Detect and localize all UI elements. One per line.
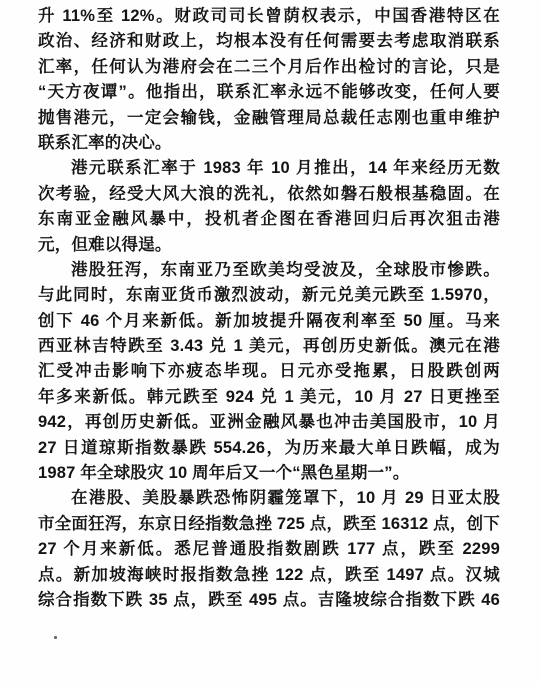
paragraph-2: 港元联系汇率于 1983 年 10 月推出，14 年来经历无数 次考验，经受大风… (38, 156, 500, 258)
text-line: 抛售港元，一定会输钱，金融管理局总裁任志刚也重申维护 (38, 106, 500, 131)
text-line: 942，再创历史新低。亚洲金融风暴也冲击美国股市，10 月 (38, 410, 500, 435)
book-page: 升 11%至 12%。财政司司长曾荫权表示，中国香港特区在 政治、经济和财政上，… (0, 0, 540, 686)
text-line: 27 个月来新低。悉尼普通股指数剧跌 177 点，跌至 2299 (38, 537, 500, 562)
paragraph-4: 在港股、美股暴跌恐怖阴霾笼罩下，10 月 29 日亚太股 市全面狂泻，东京日经指… (38, 486, 500, 613)
text-line: 汇率，任何认为港府会在二三个月后作出检讨的言论，只是 (38, 55, 500, 80)
text-line: 汇受冲击影响下亦疲态毕现。日元亦受拖累，日股跌创两 (38, 359, 500, 384)
text-line: 年多来新低。韩元跌至 924 兑 1 美元，10 月 27 日更挫至 (38, 385, 500, 410)
text-line: 港股狂泻，东南亚乃至欧美均受波及，全球股市惨跌。 (38, 258, 500, 283)
text-line: 西亚林吉特跌至 3.43 兑 1 美元，再创历史新低。澳元在港 (38, 334, 500, 359)
paragraph-1: 升 11%至 12%。财政司司长曾荫权表示，中国香港特区在 政治、经济和财政上，… (38, 4, 500, 156)
text-line: 东南亚金融风暴中，投机者企图在香港回归后再次狙击港 (38, 207, 500, 232)
text-line: 港元联系汇率于 1983 年 10 月推出，14 年来经历无数 (38, 156, 500, 181)
text-line: 元，但难以得逞。 (38, 233, 500, 258)
paragraph-3: 港股狂泻，东南亚乃至欧美均受波及，全球股市惨跌。 与此同时，东南亚货币激烈波动，… (38, 258, 500, 487)
text-line: 政治、经济和财政上，均根本没有任何需要去考虑取消联系 (38, 29, 500, 54)
text-line: 点。新加坡海峡时报指数急挫 122 点，跌至 1497 点。汉城 (38, 563, 500, 588)
text-line: 创下 46 个月来新低。新加坡提升隔夜利率至 50 厘。马来 (38, 309, 500, 334)
text-column: 升 11%至 12%。财政司司长曾荫权表示，中国香港特区在 政治、经济和财政上，… (38, 4, 500, 613)
text-line: 升 11%至 12%。财政司司长曾荫权表示，中国香港特区在 (38, 4, 500, 29)
scan-speck (54, 636, 57, 639)
text-line: 27 日道琼斯指数暴跌 554.26，为历来最大单日跌幅，成为 (38, 436, 500, 461)
text-line: 次考验，经受大风大浪的洗礼，依然如磐石般根基稳固。在 (38, 182, 500, 207)
text-line: 与此同时，东南亚货币激烈波动，新元兑美元跌至 1.5970， (38, 283, 500, 308)
text-line: 1987 年全球股灾 10 周年后又一个“黑色星期一”。 (38, 461, 500, 486)
text-line: 综合指数下跌 35 点，跌至 495 点。吉隆坡综合指数下跌 46 (38, 588, 500, 613)
text-line: 在港股、美股暴跌恐怖阴霾笼罩下，10 月 29 日亚太股 (38, 486, 500, 511)
text-line: “天方夜谭”。他指出，联系汇率永远不能够改变，任何人要 (38, 80, 500, 105)
text-line: 市全面狂泻，东京日经指数急挫 725 点，跌至 16312 点，创下 (38, 512, 500, 537)
text-line: 联系汇率的决心。 (38, 131, 500, 156)
